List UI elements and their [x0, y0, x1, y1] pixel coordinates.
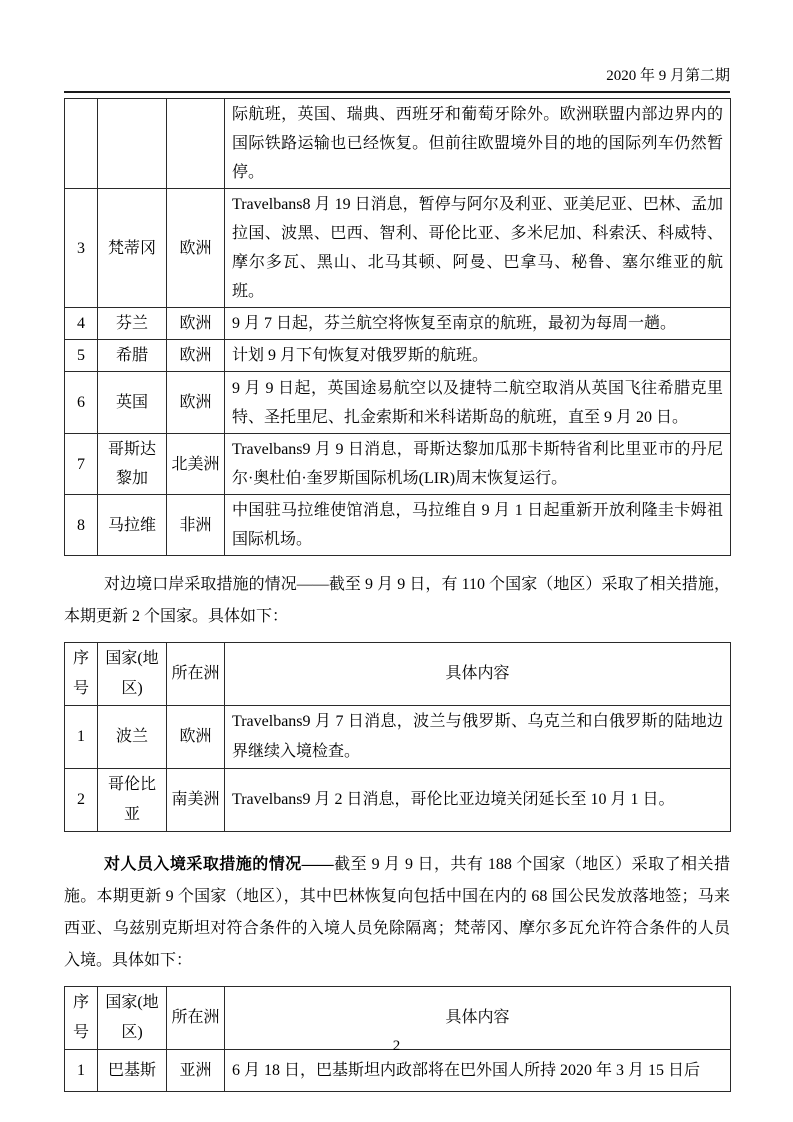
row-number-cell: 5: [65, 340, 98, 372]
header-country: 国家(地区): [98, 643, 167, 706]
table-row: 5 希腊 欧洲 计划 9 月下旬恢复对俄罗斯的航班。: [65, 340, 731, 372]
continent-cell: 欧洲: [167, 189, 225, 308]
continent-cell: [167, 99, 225, 189]
continent-cell: 欧洲: [167, 340, 225, 372]
table-row: 1 波兰 欧洲 Travelbans9 月 7 日消息，波兰与俄罗斯、乌克兰和白…: [65, 706, 731, 769]
table-row: 8 马拉维 非洲 中国驻马拉维使馆消息，马拉维自 9 月 1 日起重新开放利隆圭…: [65, 495, 731, 556]
header-content: 具体内容: [225, 643, 731, 706]
content-cell: Travelbans9 月 7 日消息，波兰与俄罗斯、乌克兰和白俄罗斯的陆地边界…: [225, 706, 731, 769]
continent-cell: 亚洲: [167, 1050, 225, 1092]
border-measures-table: 序号 国家(地区) 所在洲 具体内容 1 波兰 欧洲 Travelbans9 月…: [64, 642, 731, 832]
content-cell: 计划 9 月下旬恢复对俄罗斯的航班。: [225, 340, 731, 372]
header-continent: 所在洲: [167, 643, 225, 706]
continent-cell: 非洲: [167, 495, 225, 556]
continent-cell: 欧洲: [167, 308, 225, 340]
content-cell: 9 月 7 日起，芬兰航空将恢复至南京的航班，最初为每周一趟。: [225, 308, 731, 340]
border-section-lead: 对边境口岸采取措施的情况——: [104, 576, 329, 593]
country-cell: 哥斯达黎加: [98, 434, 167, 495]
issue-header: 2020 年 9 月第二期: [64, 66, 730, 93]
continent-cell: 欧洲: [167, 706, 225, 769]
content-cell: Travelbans9 月 2 日消息，哥伦比亚边境关闭延长至 10 月 1 日…: [225, 769, 731, 832]
table-row: 6 英国 欧洲 9 月 9 日起，英国途易航空以及捷特二航空取消从英国飞往希腊克…: [65, 372, 731, 434]
content-cell: 6 月 18 日，巴基斯坦内政部将在巴外国人所持 2020 年 3 月 15 日…: [225, 1050, 731, 1092]
country-cell: 哥伦比亚: [98, 769, 167, 832]
row-number-cell: 1: [65, 1050, 98, 1092]
content-cell: Travelbans9 月 9 日消息，哥斯达黎加瓜那卡斯特省利比里亚市的丹尼尔…: [225, 434, 731, 495]
country-cell: 巴基斯: [98, 1050, 167, 1092]
country-cell: 希腊: [98, 340, 167, 372]
country-cell: 英国: [98, 372, 167, 434]
document-page: 2020 年 9 月第二期 际航班，英国、瑞典、西班牙和葡萄牙除外。欧洲联盟内部…: [0, 0, 793, 1122]
table-row: 际航班，英国、瑞典、西班牙和葡萄牙除外。欧洲联盟内部边界内的国际铁路运输也已经恢…: [65, 99, 731, 189]
row-number-cell: 2: [65, 769, 98, 832]
country-cell: 梵蒂冈: [98, 189, 167, 308]
row-number-cell: 4: [65, 308, 98, 340]
header-no: 序号: [65, 643, 98, 706]
country-cell: 芬兰: [98, 308, 167, 340]
country-cell: 马拉维: [98, 495, 167, 556]
entry-section-lead: 对人员入境采取措施的情况——: [104, 856, 334, 873]
row-number-cell: 7: [65, 434, 98, 495]
table-header-row: 序号 国家(地区) 所在洲 具体内容: [65, 643, 731, 706]
table-row: 1 巴基斯 亚洲 6 月 18 日，巴基斯坦内政部将在巴外国人所持 2020 年…: [65, 1050, 731, 1092]
issue-label: 2020 年 9 月第二期: [606, 68, 730, 84]
continent-cell: 南美洲: [167, 769, 225, 832]
table-row: 7 哥斯达黎加 北美洲 Travelbans9 月 9 日消息，哥斯达黎加瓜那卡…: [65, 434, 731, 495]
country-cell: 波兰: [98, 706, 167, 769]
content-cell: Travelbans8 月 19 日消息，暂停与阿尔及利亚、亚美尼亚、巴林、孟加…: [225, 189, 731, 308]
border-measures-paragraph: 对边境口岸采取措施的情况——截至 9 月 9 日，有 110 个国家（地区）采取…: [64, 569, 730, 633]
table-row: 2 哥伦比亚 南美洲 Travelbans9 月 2 日消息，哥伦比亚边境关闭延…: [65, 769, 731, 832]
row-number-cell: 3: [65, 189, 98, 308]
content-cell: 际航班，英国、瑞典、西班牙和葡萄牙除外。欧洲联盟内部边界内的国际铁路运输也已经恢…: [225, 99, 731, 189]
content-cell: 9 月 9 日起，英国途易航空以及捷特二航空取消从英国飞往希腊克里特、圣托里尼、…: [225, 372, 731, 434]
country-cell: [98, 99, 167, 189]
continent-cell: 欧洲: [167, 372, 225, 434]
row-number-cell: [65, 99, 98, 189]
table-row: 4 芬兰 欧洲 9 月 7 日起，芬兰航空将恢复至南京的航班，最初为每周一趟。: [65, 308, 731, 340]
page-content: 2020 年 9 月第二期 际航班，英国、瑞典、西班牙和葡萄牙除外。欧洲联盟内部…: [64, 66, 730, 1092]
row-number-cell: 8: [65, 495, 98, 556]
page-number: 2: [0, 1038, 793, 1055]
entry-measures-paragraph: 对人员入境采取措施的情况——截至 9 月 9 日，共有 188 个国家（地区）采…: [64, 849, 730, 977]
table-row: 3 梵蒂冈 欧洲 Travelbans8 月 19 日消息，暂停与阿尔及利亚、亚…: [65, 189, 731, 308]
row-number-cell: 1: [65, 706, 98, 769]
continent-cell: 北美洲: [167, 434, 225, 495]
row-number-cell: 6: [65, 372, 98, 434]
flight-resumption-table: 际航班，英国、瑞典、西班牙和葡萄牙除外。欧洲联盟内部边界内的国际铁路运输也已经恢…: [64, 98, 731, 556]
content-cell: 中国驻马拉维使馆消息，马拉维自 9 月 1 日起重新开放利隆圭卡姆祖国际机场。: [225, 495, 731, 556]
